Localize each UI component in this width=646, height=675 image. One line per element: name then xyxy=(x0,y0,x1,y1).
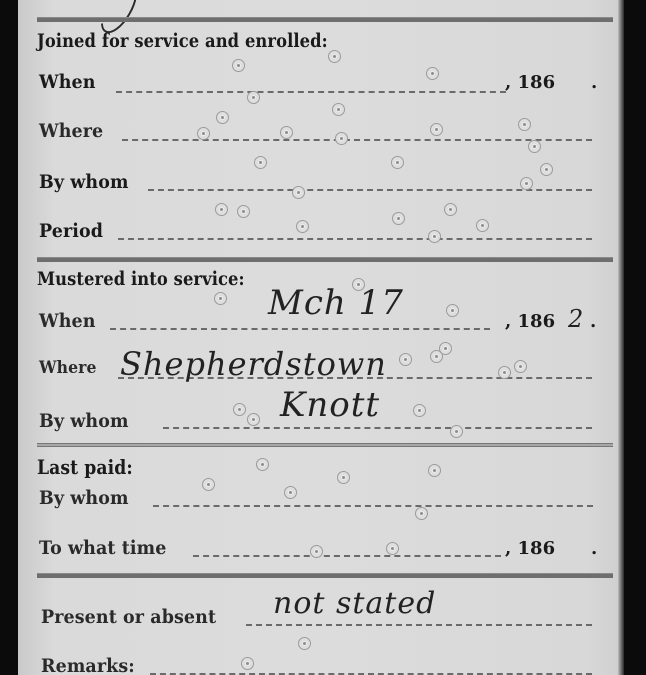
joined-period-label: Period xyxy=(39,220,103,242)
present-absent-label: Present or absent xyxy=(41,606,216,628)
mustered-where-value: Shepherdstown xyxy=(120,345,387,383)
dust-speck xyxy=(430,123,443,136)
remarks-label: Remarks: xyxy=(41,655,135,675)
dust-speck xyxy=(426,67,439,80)
dust-speck xyxy=(332,103,345,116)
joined-period-field[interactable] xyxy=(118,238,592,240)
dust-speck xyxy=(528,140,541,153)
dust-speck xyxy=(439,342,452,355)
dust-speck xyxy=(540,163,553,176)
mustered-bywhom-label: By whom xyxy=(39,410,129,432)
dust-speck xyxy=(254,156,267,169)
mustered-bywhom-value: Knott xyxy=(280,385,380,425)
dust-speck xyxy=(215,203,228,216)
dust-speck xyxy=(352,278,365,291)
dust-speck xyxy=(298,637,311,650)
dust-speck xyxy=(197,127,210,140)
lastpaid-heading: Last paid: xyxy=(37,455,133,479)
dust-speck xyxy=(337,471,350,484)
dust-speck xyxy=(296,220,309,233)
dust-speck xyxy=(247,91,260,104)
dust-speck xyxy=(415,507,428,520)
scan-edge-shadow xyxy=(618,0,624,675)
dust-speck xyxy=(214,292,227,305)
present-absent-value: not stated xyxy=(273,586,436,621)
dust-speck xyxy=(247,413,260,426)
mustered-when-field[interactable] xyxy=(110,328,490,330)
dust-speck xyxy=(335,132,348,145)
dust-speck xyxy=(280,126,293,139)
lastpaid-towhattime-period: . xyxy=(591,538,597,559)
joined-bywhom-label: By whom xyxy=(39,171,129,193)
joined-where-label: Where xyxy=(39,120,103,142)
dust-speck xyxy=(284,486,297,499)
mustered-where-label: Where xyxy=(39,358,97,378)
lastpaid-bywhom-field[interactable] xyxy=(153,505,593,507)
dust-speck xyxy=(233,403,246,416)
mustered-when-value: Mch 17 xyxy=(268,283,404,323)
dust-speck xyxy=(413,404,426,417)
dust-speck xyxy=(444,203,457,216)
dust-speck xyxy=(232,59,245,72)
joined-when-label: When xyxy=(39,71,96,93)
dust-speck xyxy=(237,205,250,218)
joined-when-field[interactable] xyxy=(116,91,506,93)
section-divider-mustered xyxy=(37,257,613,262)
joined-heading: Joined for service and enrolled: xyxy=(37,30,328,52)
mustered-bywhom-field[interactable] xyxy=(163,427,592,429)
dust-speck xyxy=(518,118,531,131)
joined-where-field[interactable] xyxy=(122,139,592,141)
dust-speck xyxy=(498,366,511,379)
dust-speck xyxy=(514,360,527,373)
section-divider-top xyxy=(37,17,613,22)
dust-speck xyxy=(256,458,269,471)
mustered-when-label: When xyxy=(39,310,96,332)
dust-speck xyxy=(446,304,459,317)
record-card: Joined for service and enrolled: When , … xyxy=(18,0,622,675)
lastpaid-bywhom-label: By whom xyxy=(39,487,129,509)
dust-speck xyxy=(241,657,254,670)
joined-when-year: , 186 xyxy=(505,72,555,93)
dust-speck xyxy=(520,177,533,190)
mustered-heading: Mustered into service: xyxy=(37,268,245,290)
dust-speck xyxy=(292,186,305,199)
mustered-when-year-digit: 2 xyxy=(568,305,584,333)
dust-speck xyxy=(310,545,323,558)
lastpaid-towhattime-label: To what time xyxy=(39,537,166,559)
dust-speck xyxy=(392,212,405,225)
dust-speck xyxy=(216,111,229,124)
dust-speck xyxy=(386,542,399,555)
dust-speck xyxy=(476,219,489,232)
lastpaid-towhattime-field[interactable] xyxy=(193,555,501,557)
section-divider-lastpaid xyxy=(37,443,613,447)
present-absent-field[interactable] xyxy=(246,624,592,626)
dust-speck xyxy=(391,156,404,169)
dust-speck xyxy=(428,230,441,243)
section-divider-status xyxy=(37,573,613,578)
dust-speck xyxy=(450,425,463,438)
mustered-when-period: . xyxy=(590,311,596,332)
dust-speck xyxy=(399,353,412,366)
mustered-when-year: , 186 xyxy=(505,311,555,332)
lastpaid-towhattime-year: , 186 xyxy=(505,538,555,559)
dust-speck xyxy=(428,464,441,477)
dust-speck xyxy=(328,50,341,63)
joined-when-period: . xyxy=(591,72,597,93)
dust-speck xyxy=(202,478,215,491)
